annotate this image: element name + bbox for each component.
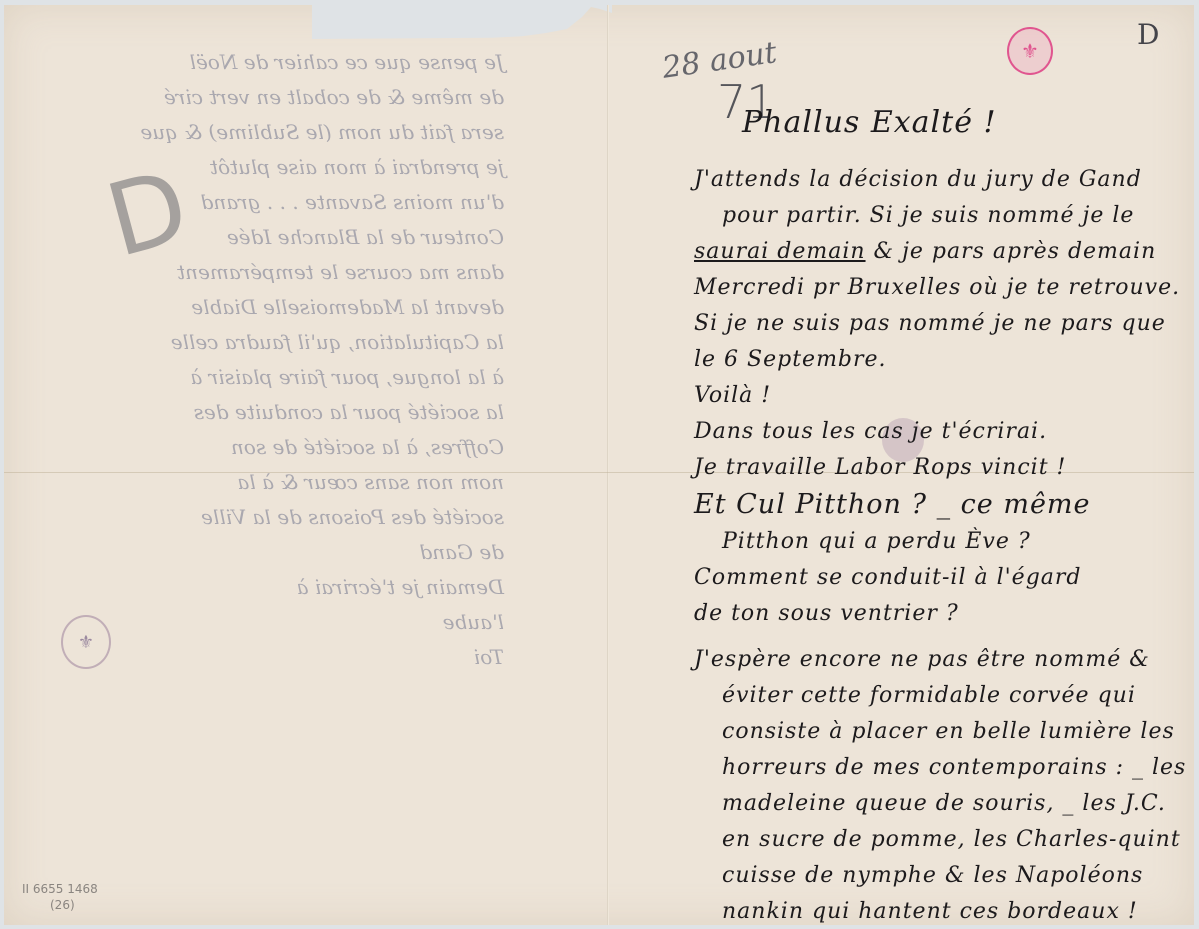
bleed-line: la société pour la conduite des <box>34 395 504 430</box>
letter-line: madeleine queue de souris, _ les J.C. <box>694 786 1194 822</box>
letter-line: Comment se conduit-il à l'égard <box>694 560 1194 596</box>
letter-line: consiste à placer en belle lumière les <box>694 714 1194 750</box>
letter-line: J'attends la décision du jury de Gand <box>694 162 1194 198</box>
archive-number-main: II 6655 1468 <box>22 881 98 897</box>
left-page: Je pense que ce cahier de Noël de même &… <box>4 5 607 925</box>
bleed-line: Demain je t'écrirai à <box>34 570 504 605</box>
corner-letter: D <box>1137 18 1159 51</box>
underlined-phrase: saurai demain <box>694 239 866 264</box>
bleed-line: nom non sans cœur & à la <box>34 465 504 500</box>
bleed-line: société des Poisons de la Ville <box>34 500 504 535</box>
bleed-line: Coffres, à la société de son <box>34 430 504 465</box>
letter-line: Si je ne suis pas nommé je ne pars que <box>694 306 1194 342</box>
bleed-line: Je pense que ce cahier de Noël <box>34 45 504 80</box>
bleed-line: devant la Mademoiselle Diable <box>34 290 504 325</box>
letter-body: Phallus Exalté ! J'attends la décision d… <box>694 105 1194 929</box>
bleed-line: la Capitulation, qu'il faudra celle <box>34 325 504 360</box>
document-sheet: Je pense que ce cahier de Noël de même &… <box>4 5 1194 925</box>
bleed-line: Conteur de la Blanche Idée <box>34 220 504 255</box>
letter-line: saurai demain & je pars après demain <box>694 234 1194 270</box>
letter-line: éviter cette formidable corvée qui <box>694 678 1194 714</box>
bleed-line: de même & de cobalt en vert ciré <box>34 80 504 115</box>
letter-line: pour partir. Si je suis nommé je le <box>694 198 1194 234</box>
letter-line: J'espère encore ne pas être nommé & <box>694 642 1194 678</box>
letter-line: horreurs de mes contemporains : _ les <box>694 750 1194 786</box>
library-stamp-icon: ⚜ <box>61 615 111 669</box>
fleur-icon: ⚜ <box>78 632 94 653</box>
letter-line: Pitthon qui a perdu Ève ? <box>694 524 1194 560</box>
archive-number-sub: (26) <box>22 897 98 913</box>
lion-icon: ⚜ <box>1021 39 1039 63</box>
salutation: Phallus Exalté ! <box>694 105 1194 140</box>
bleed-through-text: Je pense que ce cahier de Noël de même &… <box>34 45 504 675</box>
letter-line: de ton sous ventrier ? <box>694 596 1194 632</box>
letter-line: en sucre de pomme, les Charles-quint <box>694 822 1194 858</box>
letter-line: nankin qui hantent ces bordeaux ! <box>694 894 1194 929</box>
letter-line: le 6 Septembre. <box>694 342 1194 378</box>
bleed-line: dans ma course le tempérament <box>34 255 504 290</box>
letter-line: Mercredi pr Bruxelles où je te retrouve. <box>694 270 1194 306</box>
archive-number: II 6655 1468 (26) <box>22 881 98 913</box>
bleed-line: sera fait du nom (le Sublime) & que <box>34 115 504 150</box>
letter-line: Et Cul Pitthon ? _ ce même <box>694 486 1194 524</box>
red-library-stamp-icon: ⚜ <box>1007 27 1053 75</box>
letter-line: Je travaille Labor Rops vincit ! <box>694 450 1194 486</box>
bleed-line: de Gand <box>34 535 504 570</box>
bleed-line: à la longue, pour faire plaisir à <box>34 360 504 395</box>
letter-line: Voilà ! <box>694 378 1194 414</box>
letter-line: cuisse de nymphe & les Napoléons <box>694 858 1194 894</box>
letter-line: Dans tous les cas je t'écrirai. <box>694 414 1194 450</box>
